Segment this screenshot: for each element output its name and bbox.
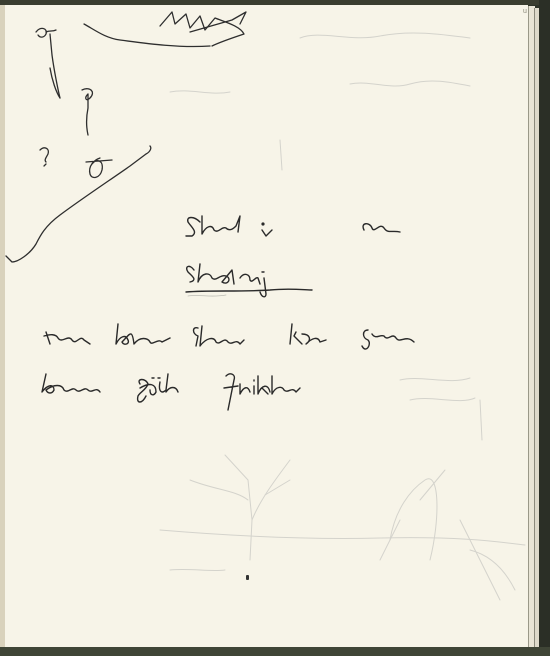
handwritten-text: [42, 216, 414, 410]
ink-mark: [246, 575, 249, 580]
scanned-notebook-page: u: [0, 0, 550, 656]
handwriting-layer: [0, 0, 550, 656]
corner-scribbles: [6, 12, 246, 262]
faint-sketches: [160, 33, 525, 600]
